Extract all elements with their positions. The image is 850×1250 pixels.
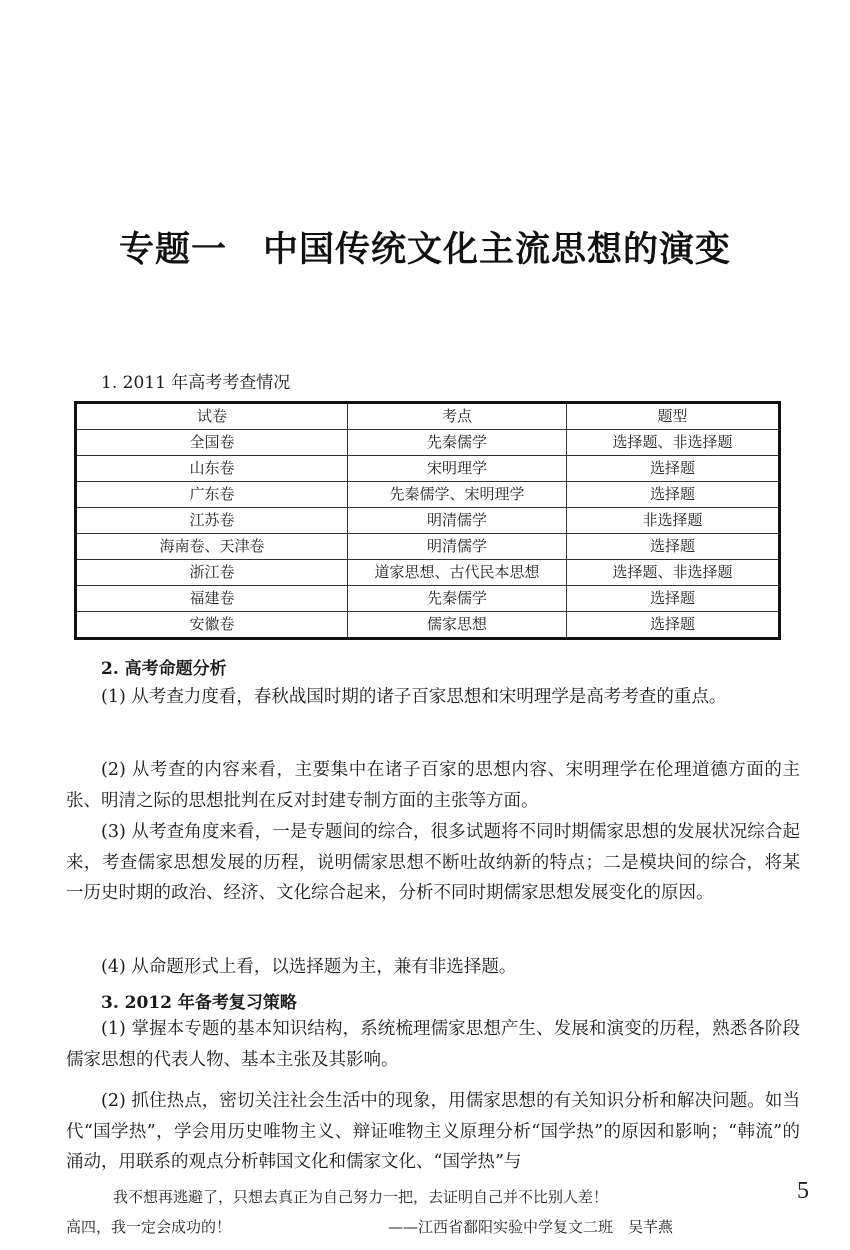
table-cell: 明清儒学 [348, 534, 567, 560]
strategy-paragraph-2: (2) 抓住热点，密切关注社会生活中的现象，用儒家思想的有关知识分析和解决问题。… [66, 1086, 800, 1178]
table-cell: 儒家思想 [348, 612, 567, 639]
table-cell: 浙江卷 [76, 560, 348, 586]
table-cell: 非选择题 [567, 508, 780, 534]
table-row: 江苏卷 明清儒学 非选择题 [76, 508, 780, 534]
table-cell: 先秦儒学 [348, 430, 567, 456]
footer-author: ——江西省鄱阳实验中学复文二班 吴芊燕 [388, 1216, 673, 1237]
table-row: 安徽卷 儒家思想 选择题 [76, 612, 780, 639]
table-row: 浙江卷 道家思想、古代民本思想 选择题、非选择题 [76, 560, 780, 586]
table-cell: 选择题 [567, 586, 780, 612]
analysis-paragraph-2: (2) 从考查的内容来看，主要集中在诸子百家的思想内容、宋明理学在伦理道德方面的… [66, 755, 800, 816]
header-cell: 试卷 [76, 403, 348, 430]
exam-table: 试卷 考点 题型 全国卷 先秦儒学 选择题、非选择题 山东卷 宋明理学 选择题 … [74, 401, 781, 640]
table-cell: 福建卷 [76, 586, 348, 612]
table-cell: 选择题、非选择题 [567, 560, 780, 586]
footer-motto: 我不想再逃避了，只想去真正为自己努力一把，去证明自己并不比别人差！ [113, 1186, 608, 1207]
section-2-heading: 2. 高考命题分析 [101, 654, 227, 679]
page-title: 专题一中国传统文化主流思想的演变 [0, 222, 850, 272]
table-cell: 明清儒学 [348, 508, 567, 534]
table-cell: 先秦儒学 [348, 586, 567, 612]
footer-signoff: 高四，我一定会成功的！ [66, 1216, 231, 1237]
table-cell: 宋明理学 [348, 456, 567, 482]
strategy-paragraph-1: (1) 掌握本专题的基本知识结构，系统梳理儒家思想产生、发展和演变的历程，熟悉各… [66, 1014, 800, 1075]
topic-label: 专题一 [119, 229, 227, 270]
table-row: 全国卷 先秦儒学 选择题、非选择题 [76, 430, 780, 456]
table-row: 福建卷 先秦儒学 选择题 [76, 586, 780, 612]
table-cell: 海南卷、天津卷 [76, 534, 348, 560]
analysis-paragraph-1: (1) 从考查力度看，春秋战国时期的诸子百家思想和宋明理学是高考考查的重点。 [66, 682, 800, 713]
table-cell: 先秦儒学、宋明理学 [348, 482, 567, 508]
table-cell: 山东卷 [76, 456, 348, 482]
table-row: 广东卷 先秦儒学、宋明理学 选择题 [76, 482, 780, 508]
section-1-heading: 1. 2011 年高考考查情况 [101, 368, 290, 393]
page-number: 5 [797, 1178, 809, 1205]
topic-name: 中国传统文化主流思想的演变 [263, 229, 731, 270]
table-cell: 广东卷 [76, 482, 348, 508]
header-cell: 考点 [348, 403, 567, 430]
analysis-paragraph-4: (4) 从命题形式上看，以选择题为主，兼有非选择题。 [66, 952, 800, 983]
table-cell: 选择题 [567, 534, 780, 560]
section-3-heading: 3. 2012 年备考复习策略 [101, 988, 297, 1013]
table-cell: 选择题 [567, 482, 780, 508]
table-row: 海南卷、天津卷 明清儒学 选择题 [76, 534, 780, 560]
table-cell: 全国卷 [76, 430, 348, 456]
table-cell: 选择题、非选择题 [567, 430, 780, 456]
analysis-paragraph-3: (3) 从考查角度来看，一是专题间的综合，很多试题将不同时期儒家思想的发展状况综… [66, 817, 800, 909]
table-row: 山东卷 宋明理学 选择题 [76, 456, 780, 482]
table-cell: 道家思想、古代民本思想 [348, 560, 567, 586]
table-cell: 选择题 [567, 456, 780, 482]
table-header-row: 试卷 考点 题型 [76, 403, 780, 430]
header-cell: 题型 [567, 403, 780, 430]
table-cell: 江苏卷 [76, 508, 348, 534]
table-cell: 安徽卷 [76, 612, 348, 639]
table-cell: 选择题 [567, 612, 780, 639]
